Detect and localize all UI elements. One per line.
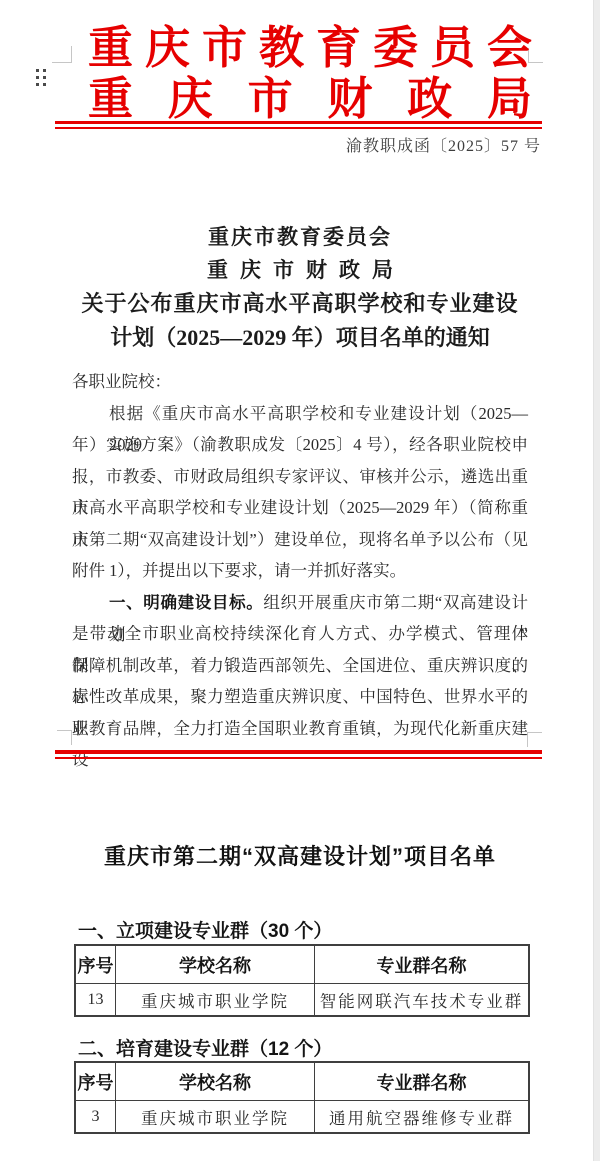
- body-line: 年）实施方案》（渝教职成发〔2025〕4 号），经各职业院校申: [72, 429, 528, 461]
- doc-number: 渝教职成函〔2025〕57 号: [55, 133, 541, 156]
- body-line: 志性改革成果，聚力塑造重庆辨识度、中国特色、世界水平的职: [72, 681, 528, 713]
- body-line: 报，市教委、市财政局组织专家评议、审核并公示，遴选出重庆: [72, 461, 528, 493]
- col-header-group: 专业群名称: [315, 946, 528, 984]
- body-line: 市第二期“双高建设计划”）建设单位，现将名单予以公布（见: [72, 524, 528, 556]
- project-table-1: 序号 学校名称 专业群名称 13 重庆城市职业学院 智能网联汽车技术专业群: [74, 944, 530, 1017]
- body-line: 市高水平高职学校和专业建设计划（2025—2029 年）（简称重庆: [72, 492, 528, 524]
- notice-title-line4: 计划（2025—2029 年）项目名单的通知: [30, 321, 570, 355]
- page-footer-rule-bottom: [55, 757, 542, 759]
- table-cell-school: 重庆城市职业学院: [116, 984, 315, 1015]
- body-line: 根据《重庆市高水平高职学校和专业建设计划（2025—2029: [72, 398, 528, 430]
- attachment-title: 重庆市第二期“双高建设计划”项目名单: [30, 840, 570, 871]
- letterhead-rule-bottom: [55, 127, 542, 129]
- table-cell-seq: 3: [76, 1101, 116, 1132]
- table-cell-school: 重庆城市职业学院: [116, 1101, 315, 1132]
- section-2-heading: 二、培育建设专业群（12 个）: [78, 1034, 332, 1061]
- dots-handle-icon: [36, 69, 46, 86]
- body-line: 保障机制改革，着力锻造西部领先、全国进位、重庆辨识度的标: [72, 650, 528, 682]
- vertical-scrollbar[interactable]: [593, 0, 600, 1161]
- table-cell-seq: 13: [76, 984, 116, 1015]
- crop-mark-top-left: [52, 46, 72, 63]
- salutation: 各职业院校：: [72, 366, 528, 398]
- crop-mark-bottom-left: [57, 730, 72, 745]
- letterhead: 重庆市教育委员会 重庆市财政局: [88, 23, 532, 125]
- crop-mark-bottom-right: [527, 732, 542, 747]
- letterhead-org2: 重庆市财政局: [88, 74, 532, 125]
- body-line: 业教育品牌，全力打造全国职业教育重镇，为现代化新重庆建设: [72, 713, 528, 745]
- col-header-school: 学校名称: [116, 1063, 315, 1101]
- para2-bold-lead: 一、明确建设目标。: [109, 594, 263, 612]
- table-cell-group: 智能网联汽车技术专业群: [315, 984, 528, 1015]
- notice-title-line2: 重庆市财政局: [30, 254, 570, 287]
- document-page: 重庆市教育委员会 重庆市财政局 渝教职成函〔2025〕57 号 重庆市教育委员会…: [0, 0, 600, 1161]
- notice-title: 重庆市教育委员会 重庆市财政局 关于公布重庆市高水平高职学校和专业建设 计划（2…: [30, 221, 570, 355]
- notice-title-line3: 关于公布重庆市高水平高职学校和专业建设: [30, 287, 570, 321]
- notice-body: 各职业院校： 根据《重庆市高水平高职学校和专业建设计划（2025—2029 年）…: [72, 366, 528, 744]
- table-cell-group: 通用航空器维修专业群: [315, 1101, 528, 1132]
- body-line: 附件 1），并提出以下要求，请一并抓好落实。: [72, 555, 528, 587]
- page-footer-rule-top: [55, 750, 542, 754]
- section-1-heading: 一、立项建设专业群（30 个）: [78, 916, 332, 943]
- col-header-group: 专业群名称: [315, 1063, 528, 1101]
- letterhead-org1: 重庆市教育委员会: [88, 23, 532, 74]
- col-header-seq: 序号: [76, 946, 116, 984]
- project-table-2: 序号 学校名称 专业群名称 3 重庆城市职业学院 通用航空器维修专业群: [74, 1061, 530, 1134]
- body-line: 一、明确建设目标。组织开展重庆市第二期“双高建设计划”: [72, 587, 528, 619]
- body-line: 是带动全市职业高校持续深化育人方式、办学模式、管理体制、: [72, 618, 528, 650]
- notice-title-line1: 重庆市教育委员会: [30, 221, 570, 254]
- letterhead-rule-top: [55, 121, 542, 124]
- col-header-school: 学校名称: [116, 946, 315, 984]
- col-header-seq: 序号: [76, 1063, 116, 1101]
